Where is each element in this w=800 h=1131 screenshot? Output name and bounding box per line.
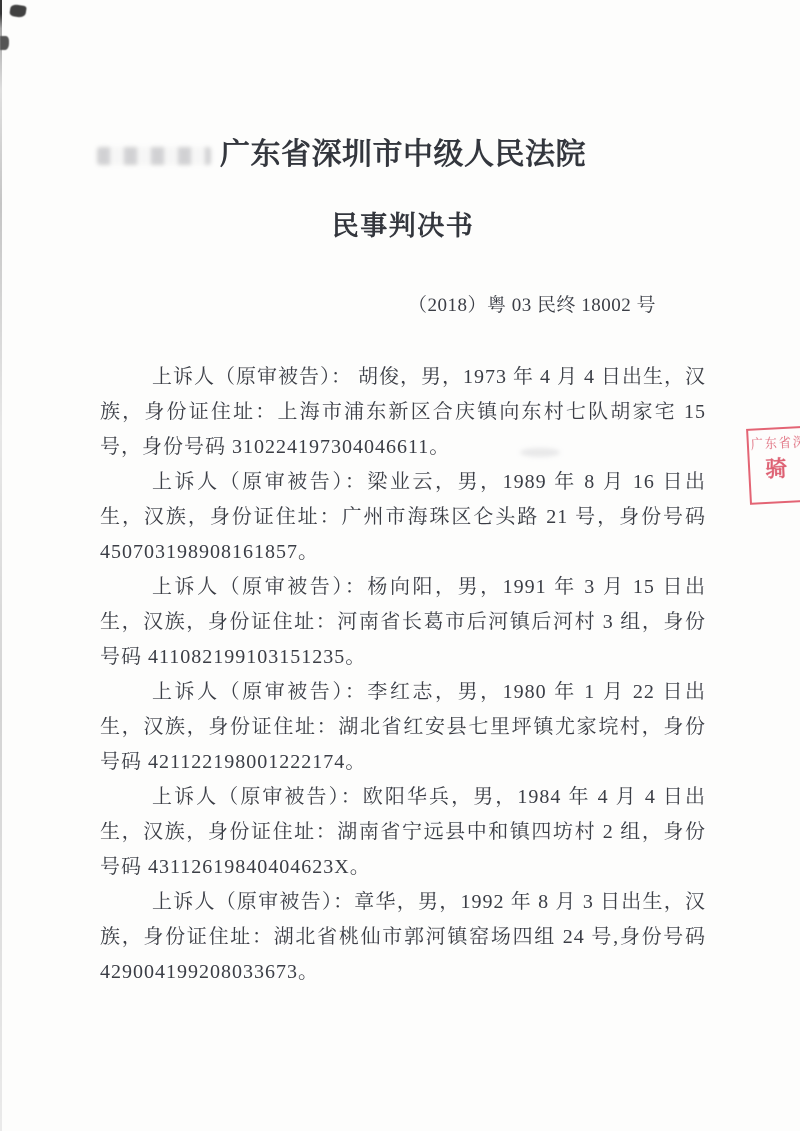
party-paragraph-appellant-1: 上诉人（原审被告）： 胡俊，男，1973 年 4 月 4 日出生，汉族，身份证住… xyxy=(100,360,706,465)
case-number: （2018）粤 03 民终 18002 号 xyxy=(100,295,706,317)
court-seal-stamp: 广东省深 骑 xyxy=(746,425,800,505)
party-paragraph-appellant-3: 上诉人（原审被告）：杨向阳，男，1991 年 3 月 15 日出生，汉族，身份证… xyxy=(100,570,706,675)
stamp-text-bottom: 骑 xyxy=(765,456,800,481)
judgment-body: 广东省深圳市中级人民法院 民事判决书 （2018）粤 03 民终 18002 号… xyxy=(100,139,706,990)
party-paragraph-appellant-5: 上诉人（原审被告）：欧阳华兵，男，1984 年 4 月 4 日出生，汉族，身份证… xyxy=(100,780,706,885)
scan-smudge-mark xyxy=(0,36,9,50)
court-name-title: 广东省深圳市中级人民法院 xyxy=(100,139,706,171)
scan-smudge-mark xyxy=(9,4,27,18)
parties-section: 上诉人（原审被告）： 胡俊，男，1973 年 4 月 4 日出生，汉族，身份证住… xyxy=(100,360,706,990)
stamp-text-top: 广东省深 xyxy=(750,431,800,454)
scanned-judgment-page: 广东省深圳市中级人民法院 民事判决书 （2018）粤 03 民终 18002 号… xyxy=(0,0,800,1131)
scan-edge-artifact xyxy=(0,0,2,1131)
party-paragraph-appellant-2: 上诉人（原审被告）：梁业云，男，1989 年 8 月 16 日出生，汉族，身份证… xyxy=(100,465,706,570)
document-type-title: 民事判决书 xyxy=(100,211,706,241)
party-paragraph-appellant-4: 上诉人（原审被告）：李红志，男，1980 年 1 月 22 日出生，汉族，身份证… xyxy=(100,675,706,780)
party-paragraph-appellant-6: 上诉人（原审被告）：章华，男，1992 年 8 月 3 日出生，汉族，身份证住址… xyxy=(100,885,706,990)
